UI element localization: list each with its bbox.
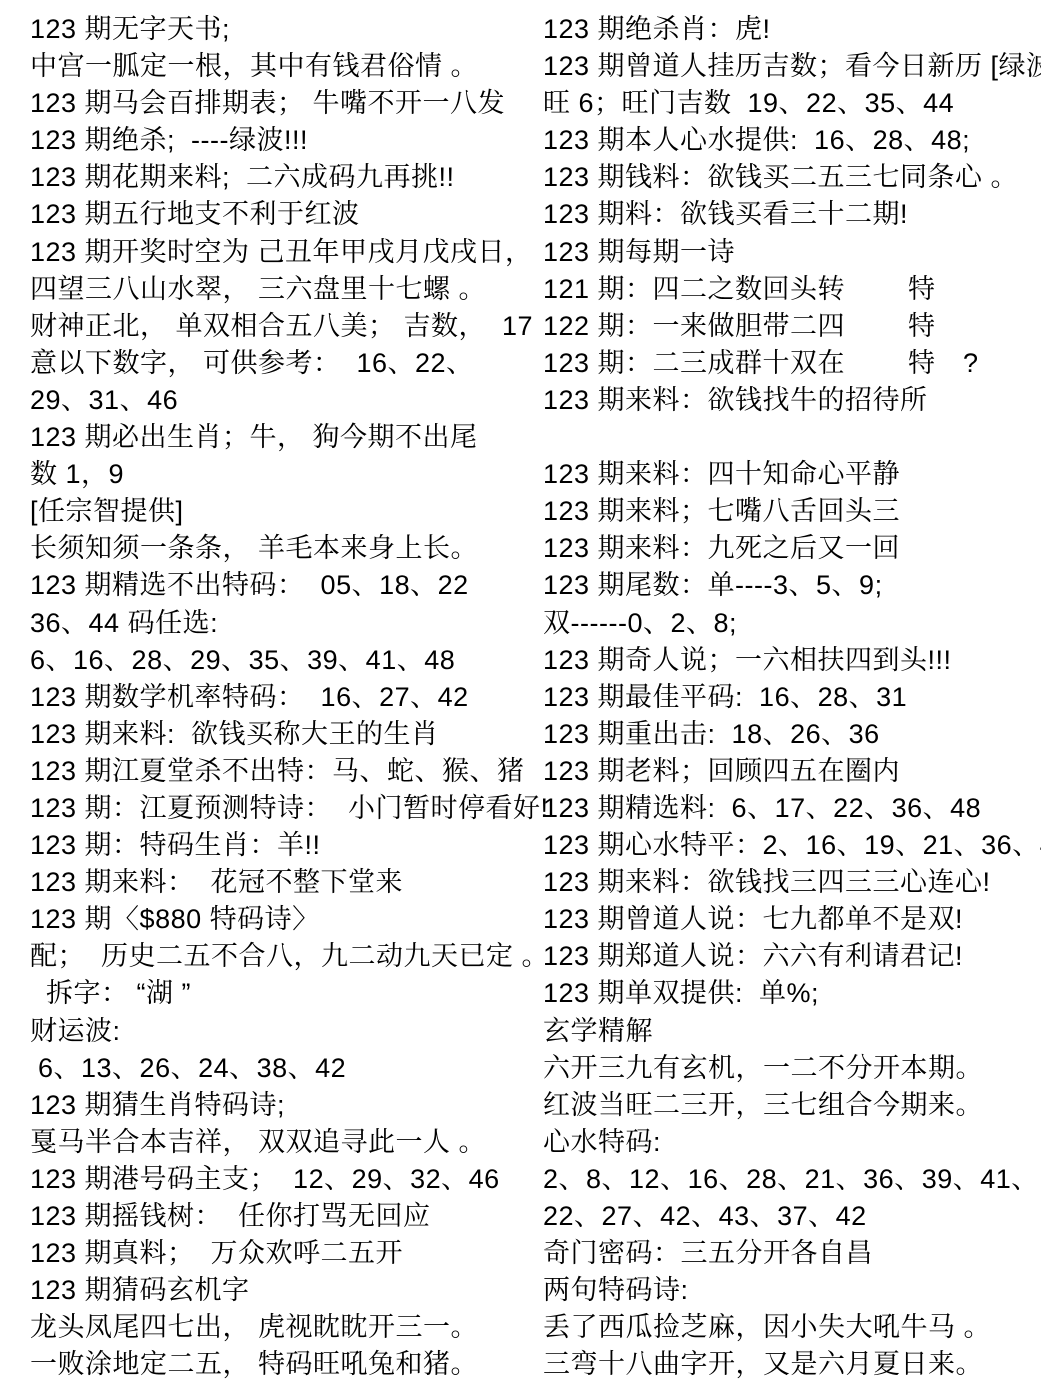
text-line: 123 期郑道人说：六六有利请君记! xyxy=(543,938,1033,975)
text-line: 123 期精选不出特码： 05、18、22 xyxy=(30,567,520,604)
text-line: 6、16、28、29、35、39、41、48 xyxy=(30,642,520,679)
text-line: 红波当旺二三开，三七组合今期来。 xyxy=(543,1087,1033,1124)
text-line: 123 期单双提供: 单%; xyxy=(543,975,1033,1012)
text-line xyxy=(543,419,1033,456)
text-line: 123 期来料： 花冠不整下堂来 xyxy=(30,864,520,901)
text-line: 双------0、2、8; xyxy=(543,605,1033,642)
document-page: 123 期无字天书;中宫一胍定一根，其中有钱君俗情 。123 期马会百排期表； … xyxy=(0,0,1041,1388)
text-line: 意以下数字， 可供参考： 16、22、 xyxy=(30,345,520,382)
text-line: 123 期尾数：单----3、5、9; xyxy=(543,567,1033,604)
text-line: 财运波: xyxy=(30,1013,520,1050)
text-line: 123 期来料：九死之后又一回 xyxy=(543,530,1033,567)
text-line: 数 1，9 xyxy=(30,456,520,493)
text-line: 123 期本人心水提供: 16、28、48; xyxy=(543,122,1033,159)
text-line: 29、31、46 xyxy=(30,382,520,419)
text-line: 123 期曾道人挂历吉数；看今日新历 [绿波 xyxy=(543,48,1033,85)
text-line: 123 期数学机率特码： 16、27、42 xyxy=(30,679,520,716)
text-line: 123 期来料：欲钱找三四三三心连心! xyxy=(543,864,1033,901)
text-line: 123 期来料: 欲钱买称大王的生肖 xyxy=(30,716,520,753)
text-line: 拆字： “湖 ” xyxy=(30,975,520,1012)
text-line: 123 期来料：欲钱找牛的招待所 xyxy=(543,382,1033,419)
text-line: 戛马半合本吉祥， 双双追寻此一人 。 xyxy=(30,1124,520,1161)
text-line: 123 期港号码主支； 12、29、32、46 xyxy=(30,1161,520,1198)
text-line: 123 期奇人说；一六相扶四到头!!! xyxy=(543,642,1033,679)
text-line: 长须知须一条条， 羊毛本来身上长。 xyxy=(30,530,520,567)
left-text-column: 123 期无字天书;中宫一胍定一根，其中有钱君俗情 。123 期马会百排期表； … xyxy=(30,11,520,1383)
text-line: 6、13、26、24、38、42 xyxy=(30,1050,520,1087)
text-line: 123 期江夏堂杀不出特：马、蛇、猴、猪 xyxy=(30,753,520,790)
text-line: 123 期〈$880 特码诗〉 xyxy=(30,901,520,938)
text-line: 123 期精选料: 6、17、22、36、48 xyxy=(543,790,1033,827)
text-line: 123 期每期一诗 xyxy=(543,234,1033,271)
text-line: 22、27、42、43、37、42 xyxy=(543,1198,1033,1235)
text-line: 123 期曾道人说：七九都单不是双! xyxy=(543,901,1033,938)
text-line: 123 期猜生肖特码诗; xyxy=(30,1087,520,1124)
text-line: 2、8、12、16、28、21、36、39、41、 xyxy=(543,1161,1033,1198)
right-text-column: 123 期绝杀肖：虎!123 期曾道人挂历吉数；看今日新历 [绿波旺 6；旺门吉… xyxy=(543,11,1033,1383)
text-line: 四望三八山水翠， 三六盘里十七螺 。 xyxy=(30,271,520,308)
text-line: 一败涂地定二五， 特码旺吼兔和猪。 xyxy=(30,1346,520,1383)
text-line: 奇门密码：三五分开各自昌 xyxy=(543,1235,1033,1272)
text-line: 配； 历史二五不合八，九二动九天已定 。 xyxy=(30,938,520,975)
text-line: 123 期无字天书; xyxy=(30,11,520,48)
text-line: [任宗智提供] xyxy=(30,493,520,530)
text-line: 123 期：特码生肖：羊!! xyxy=(30,827,520,864)
text-line: 123 期绝杀肖：虎! xyxy=(543,11,1033,48)
text-line: 123 期老料；回顾四五在圈内 xyxy=(543,753,1033,790)
text-line: 123 期料：欲钱买看三十二期! xyxy=(543,196,1033,233)
text-line: 旺 6；旺门吉数 19、22、35、44 xyxy=(543,85,1033,122)
text-line: 123 期来料；七嘴八舌回头三 xyxy=(543,493,1033,530)
text-line: 123 期摇钱树： 任你打骂无回应 xyxy=(30,1198,520,1235)
text-line: 123 期五行地支不利于红波 xyxy=(30,196,520,233)
text-line: 123 期最佳平码: 16、28、31 xyxy=(543,679,1033,716)
text-line: 丢了西瓜捡芝麻，因小失大吼牛马 。 xyxy=(543,1309,1033,1346)
text-line: 123 期花期来料; 二六成码九再挑!! xyxy=(30,159,520,196)
text-line: 123 期开奖时空为 己丑年甲戌月戊戌日， xyxy=(30,234,520,271)
text-line: 三弯十八曲字开，又是六月夏日来。 xyxy=(543,1346,1033,1383)
text-line: 123 期猜码玄机字 xyxy=(30,1272,520,1309)
text-line: 六开三九有玄机，一二不分开本期。 xyxy=(543,1050,1033,1087)
text-line: 123 期真料； 万众欢呼二五开 xyxy=(30,1235,520,1272)
text-line: 123 期心水特平：2、16、19、21、36、42。 xyxy=(543,827,1033,864)
text-line: 123 期重出击: 18、26、36 xyxy=(543,716,1033,753)
text-line: 玄学精解 xyxy=(543,1013,1033,1050)
text-line: 123 期：二三成群十双在 特 ? xyxy=(543,345,1033,382)
text-line: 122 期：一来做胆带二四 特 xyxy=(543,308,1033,345)
text-line: 121 期：四二之数回头转 特 xyxy=(543,271,1033,308)
text-line: 中宫一胍定一根，其中有钱君俗情 。 xyxy=(30,48,520,85)
text-line: 123 期来料：四十知命心平静 xyxy=(543,456,1033,493)
text-line: 龙头凤尾四七出， 虎视眈眈开三一。 xyxy=(30,1309,520,1346)
text-line: 两句特码诗: xyxy=(543,1272,1033,1309)
text-line: 123 期马会百排期表； 牛嘴不开一八发 xyxy=(30,85,520,122)
text-line: 123 期必出生肖；牛， 狗今期不出尾 xyxy=(30,419,520,456)
text-line: 财神正北， 单双相合五八美； 吉数， 17 xyxy=(30,308,520,345)
text-line: 心水特码: xyxy=(543,1124,1033,1161)
text-line: 36、44 码任选: xyxy=(30,605,520,642)
text-line: 123 期钱料：欲钱买二五三七同条心 。 xyxy=(543,159,1033,196)
text-line: 123 期绝杀; ----绿波!!! xyxy=(30,122,520,159)
text-line: 123 期：江夏预测特诗： 小门暂时停看好! xyxy=(30,790,520,827)
